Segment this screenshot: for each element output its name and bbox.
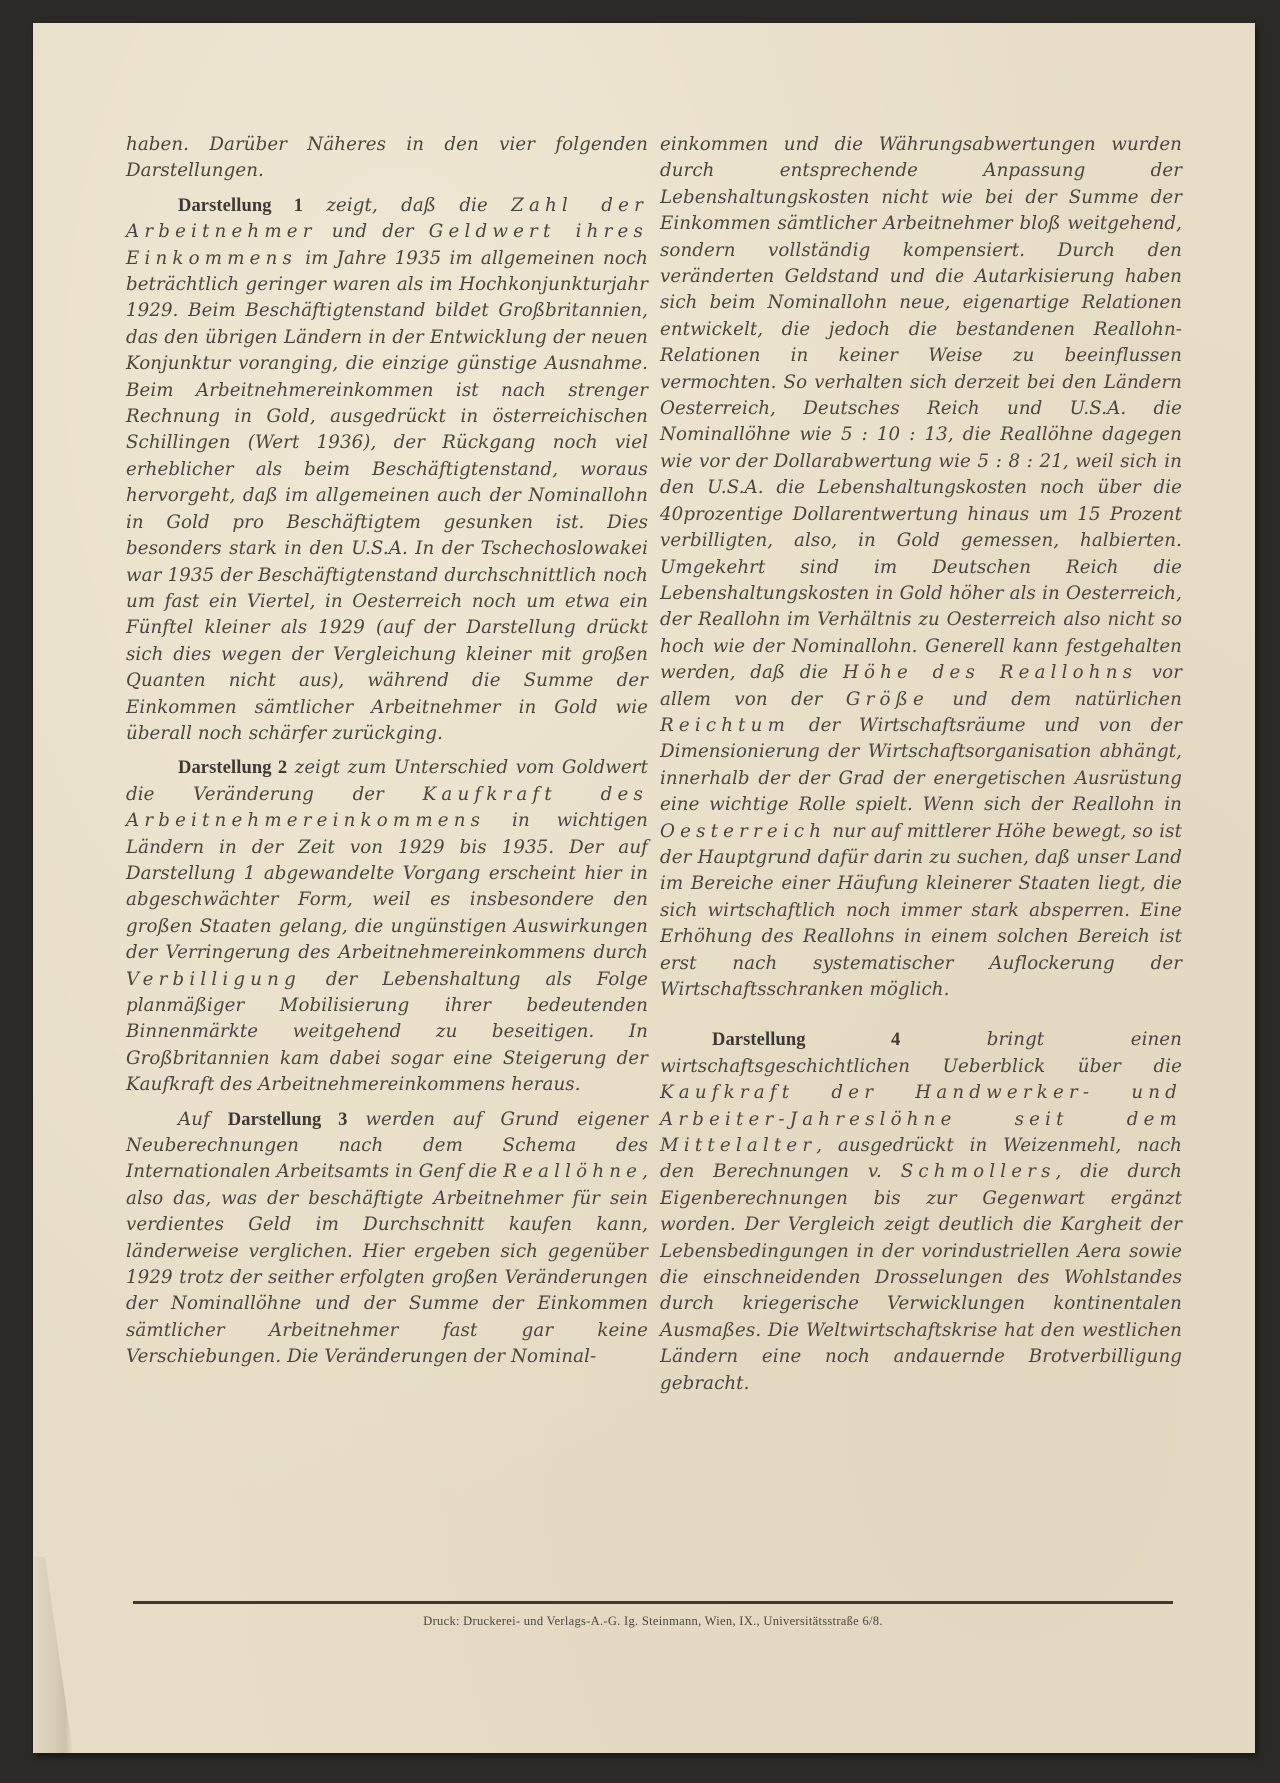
emphasis-text: Oesterreich [660,821,826,842]
paragraph-text: zeigt, daß die [303,195,511,216]
paragraph-text: , also das, was der beschäftigte Arbeitn… [126,1161,648,1367]
emphasis-text: Schmollers [901,1161,1056,1182]
paragraph-darstellung-2: Darstellung 2 zeigt zum Unterschied vom … [126,755,648,1098]
paragraph-darstellung-4: Darstellung 4 bringt einen wirtschaftsge… [660,1027,1182,1397]
emphasis-text: Größe [846,689,929,710]
paragraph-text: einkommen und die Währungsabwertungen wu… [660,134,1182,683]
paragraph-text: , die durch Eigenberechnungen bis zur Ge… [660,1161,1182,1393]
paragraph-text: in wichtigen Ländern in der Zeit von 192… [126,810,648,963]
emphasis-text: Höhe des Reallohns [843,662,1137,683]
paragraph-darstellung-3-continuation: einkommen und die Währungsabwertungen wu… [660,132,1182,1003]
paragraph-darstellung-3: Auf Darstellung 3 werden auf Grund eigen… [126,1107,648,1371]
left-text-column: haben. Darüber Näheres in den vier folge… [126,132,648,1371]
emphasis-text: Reichtum [660,715,790,736]
paragraph-darstellung-1: Darstellung 1 zeigt, daß die Zahl der Ar… [126,193,648,748]
paragraph-text: und dem natürlichen [929,689,1182,710]
paragraph-intro-continuation: haben. Darüber Näheres in den vier folge… [126,132,648,185]
emphasis-text: Verbilligung [126,969,301,990]
darstellung-3-heading: Darstellung 3 [228,1110,348,1130]
paragraph-text: und der [317,221,429,242]
paragraph-text: nur auf mittlerer Höhe bewegt, so ist de… [660,821,1182,1000]
printer-imprint: Druck: Druckerei- und Verlags-A.-G. Ig. … [126,1614,1180,1629]
darstellung-4-heading: Darstellung 4 [712,1030,900,1050]
paragraph-text: im Jahre 1935 im allgemeinen noch beträc… [126,248,648,744]
paragraph-text: haben. Darüber Näheres in den vier folge… [126,134,648,181]
footer-divider [133,1601,1173,1604]
right-text-column: einkommen und die Währungsabwertungen wu… [660,132,1182,1397]
paragraph-text: Auf [178,1109,228,1130]
darstellung-2-heading: Darstellung 2 [178,758,287,778]
emphasis-text: Reallöhne [503,1161,642,1182]
darstellung-1-heading: Darstellung 1 [178,196,303,216]
